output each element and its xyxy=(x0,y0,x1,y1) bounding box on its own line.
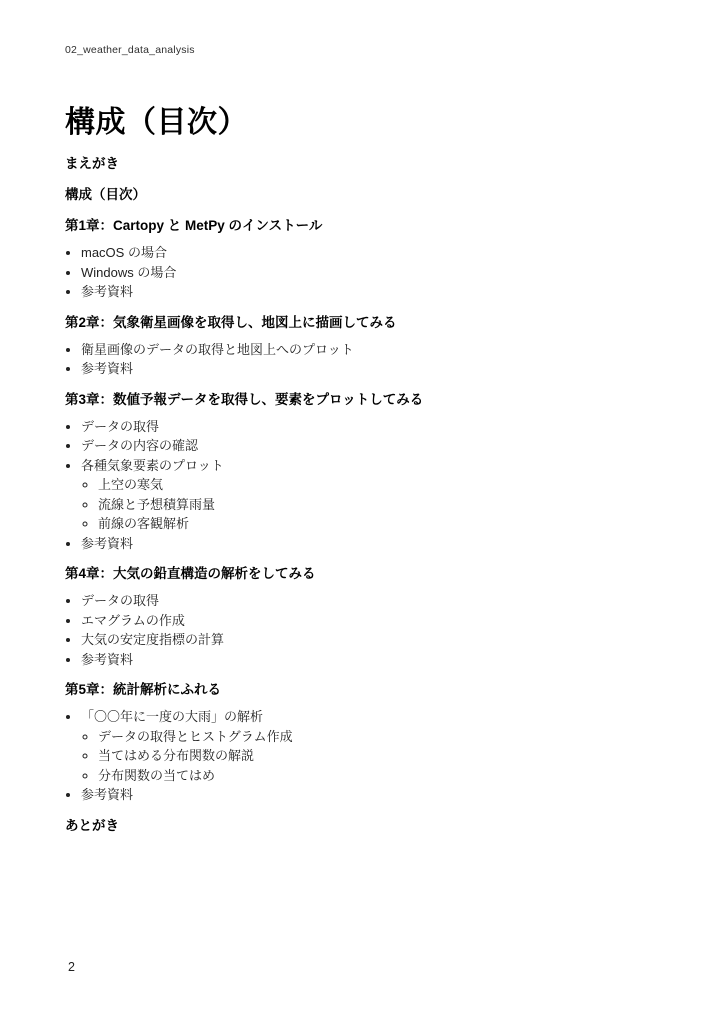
list-item: Windows の場合 xyxy=(81,263,659,283)
list-item-label: 「〇〇年に一度の大雨」の解析 xyxy=(81,709,263,724)
list-item: 参考資料 xyxy=(81,534,659,554)
sublist-item: データの取得とヒストグラム作成 xyxy=(98,727,659,747)
toc-entry-preface: まえがき xyxy=(65,154,659,174)
page-title: 構成（目次） xyxy=(65,103,659,143)
list-item: データの取得 xyxy=(81,417,659,437)
list-item: 「〇〇年に一度の大雨」の解析 データの取得とヒストグラム作成 当てはめる分布関数… xyxy=(81,707,659,785)
sublist-item: 分布関数の当てはめ xyxy=(98,766,659,786)
chapter5-heading: 第5章：統計解析にふれる xyxy=(65,680,659,700)
list-item: 参考資料 xyxy=(81,650,659,670)
chapter2-heading: 第2章：気象衛星画像を取得し、地図上に描画してみる xyxy=(65,313,659,333)
sublist-item: 流線と予想積算雨量 xyxy=(98,495,659,515)
list-item: 各種気象要素のプロット 上空の寒気 流線と予想積算雨量 前線の客観解析 xyxy=(81,456,659,534)
list-item: エマグラムの作成 xyxy=(81,611,659,631)
list-item: 衛星画像のデータの取得と地図上へのプロット xyxy=(81,340,659,360)
list-item: 大気の安定度指標の計算 xyxy=(81,630,659,650)
page-number: 2 xyxy=(68,960,75,974)
toc-entry-contents: 構成（目次） xyxy=(65,185,659,205)
chapter3-heading: 第3章：数値予報データを取得し、要素をプロットしてみる xyxy=(65,390,659,410)
chapter1-list: macOS の場合 Windows の場合 参考資料 xyxy=(65,243,659,302)
list-item: 参考資料 xyxy=(81,359,659,379)
list-item: macOS の場合 xyxy=(81,243,659,263)
running-header: 02_weather_data_analysis xyxy=(65,43,659,57)
sublist-item: 当てはめる分布関数の解説 xyxy=(98,746,659,766)
list-item: 参考資料 xyxy=(81,785,659,805)
chapter1-heading: 第1章：Cartopy と MetPy のインストール xyxy=(65,216,659,236)
document-page: 02_weather_data_analysis 構成（目次） まえがき 構成（… xyxy=(0,0,724,1024)
chapter4-list: データの取得 エマグラムの作成 大気の安定度指標の計算 参考資料 xyxy=(65,591,659,669)
chapter5-sublist: データの取得とヒストグラム作成 当てはめる分布関数の解説 分布関数の当てはめ xyxy=(81,727,659,786)
chapter3-list: データの取得 データの内容の確認 各種気象要素のプロット 上空の寒気 流線と予想… xyxy=(65,417,659,554)
toc-entry-postface: あとがき xyxy=(65,816,659,836)
sublist-item: 前線の客観解析 xyxy=(98,514,659,534)
list-item-label: 各種気象要素のプロット xyxy=(81,458,224,473)
chapter2-list: 衛星画像のデータの取得と地図上へのプロット 参考資料 xyxy=(65,340,659,379)
list-item: データの内容の確認 xyxy=(81,436,659,456)
chapter3-sublist: 上空の寒気 流線と予想積算雨量 前線の客観解析 xyxy=(81,475,659,534)
chapter5-list: 「〇〇年に一度の大雨」の解析 データの取得とヒストグラム作成 当てはめる分布関数… xyxy=(65,707,659,805)
chapter4-heading: 第4章：大気の鉛直構造の解析をしてみる xyxy=(65,564,659,584)
list-item: 参考資料 xyxy=(81,282,659,302)
list-item: データの取得 xyxy=(81,591,659,611)
sublist-item: 上空の寒気 xyxy=(98,475,659,495)
